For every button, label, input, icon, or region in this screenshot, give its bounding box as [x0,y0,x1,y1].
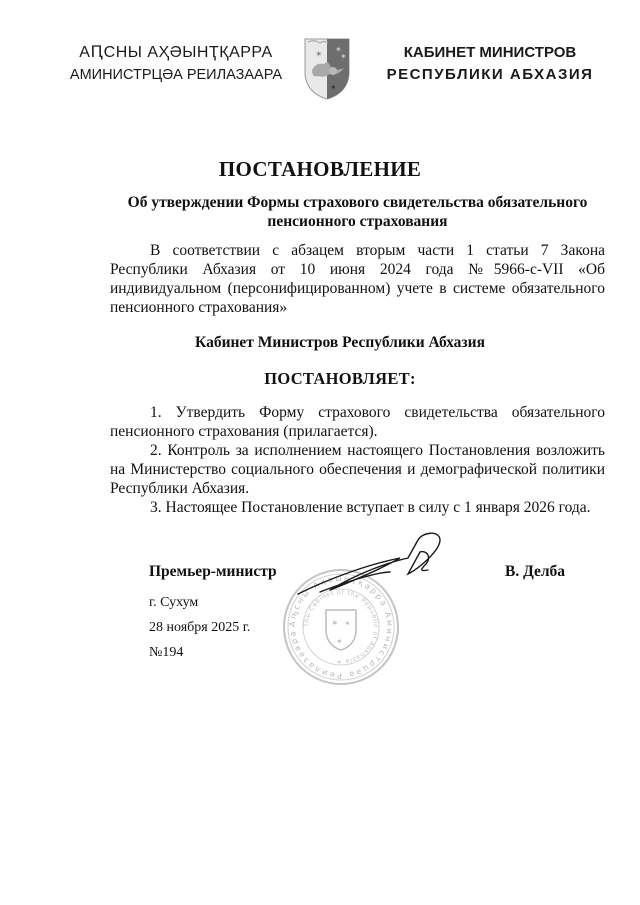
letterhead-russian-line1: КАБИНЕТ МИНИСТРОВ [380,42,600,64]
letterhead-abkhaz: АԤСНЫ АҲӘЫНҬҚАРРА АМИНИСТРЦӘА РЕИЛАЗААРА [60,42,292,86]
signatory-name: В. Делба [505,563,565,581]
letterhead-abkhaz-line2: АМИНИСТРЦӘА РЕИЛАЗААРА [60,64,292,86]
decrees-heading: ПОСТАНОВЛЯЕТ: [0,369,640,389]
svg-text:✶: ✶ [344,619,351,628]
svg-text:✶: ✶ [331,619,339,629]
document-title: ПОСТАНОВЛЕНИЕ [0,157,640,182]
issuer-heading: Кабинет Министров Республики Абхазия [0,334,640,352]
coat-of-arms-icon: ✶ ✶ ✶ ✶ [304,38,350,100]
document-subject: Об утверждении Формы страхового свидетел… [110,193,605,231]
svg-text:✶: ✶ [315,50,323,60]
preamble-text: В соответствии с абзацем вторым части 1 … [110,242,605,316]
svg-text:✶: ✶ [330,83,337,92]
decree-items: 1. Утвердить Форму страхового свидетельс… [110,403,605,517]
preamble: В соответствии с абзацем вторым части 1 … [110,241,605,317]
decree-item-2: 2. Контроль за исполнением настоящего По… [110,441,605,498]
subject-line-2: пенсионного страхования [110,212,605,231]
decree-item-3: 3. Настоящее Постановление вступает в си… [110,498,605,517]
letterhead: АԤСНЫ АҲӘЫНҬҚАРРА АМИНИСТРЦӘА РЕИЛАЗААРА… [0,0,640,120]
issue-city: г. Сухум [149,595,198,611]
handwritten-signature-icon [290,528,460,608]
svg-text:✶: ✶ [340,52,347,61]
decree-item-1: 1. Утвердить Форму страхового свидетельс… [110,403,605,441]
subject-line-1: Об утверждении Формы страхового свидетел… [110,193,605,212]
signatory-role: Премьер-министр [149,563,277,581]
letterhead-russian: КАБИНЕТ МИНИСТРОВ РЕСПУБЛИКИ АБХАЗИЯ [380,42,600,86]
svg-text:✶: ✶ [336,637,343,646]
issue-date: 28 ноября 2025 г. [149,620,250,636]
letterhead-abkhaz-line1: АԤСНЫ АҲӘЫНҬҚАРРА [60,42,292,64]
letterhead-russian-line2: РЕСПУБЛИКИ АБХАЗИЯ [380,64,600,86]
document-number: №194 [149,645,183,661]
